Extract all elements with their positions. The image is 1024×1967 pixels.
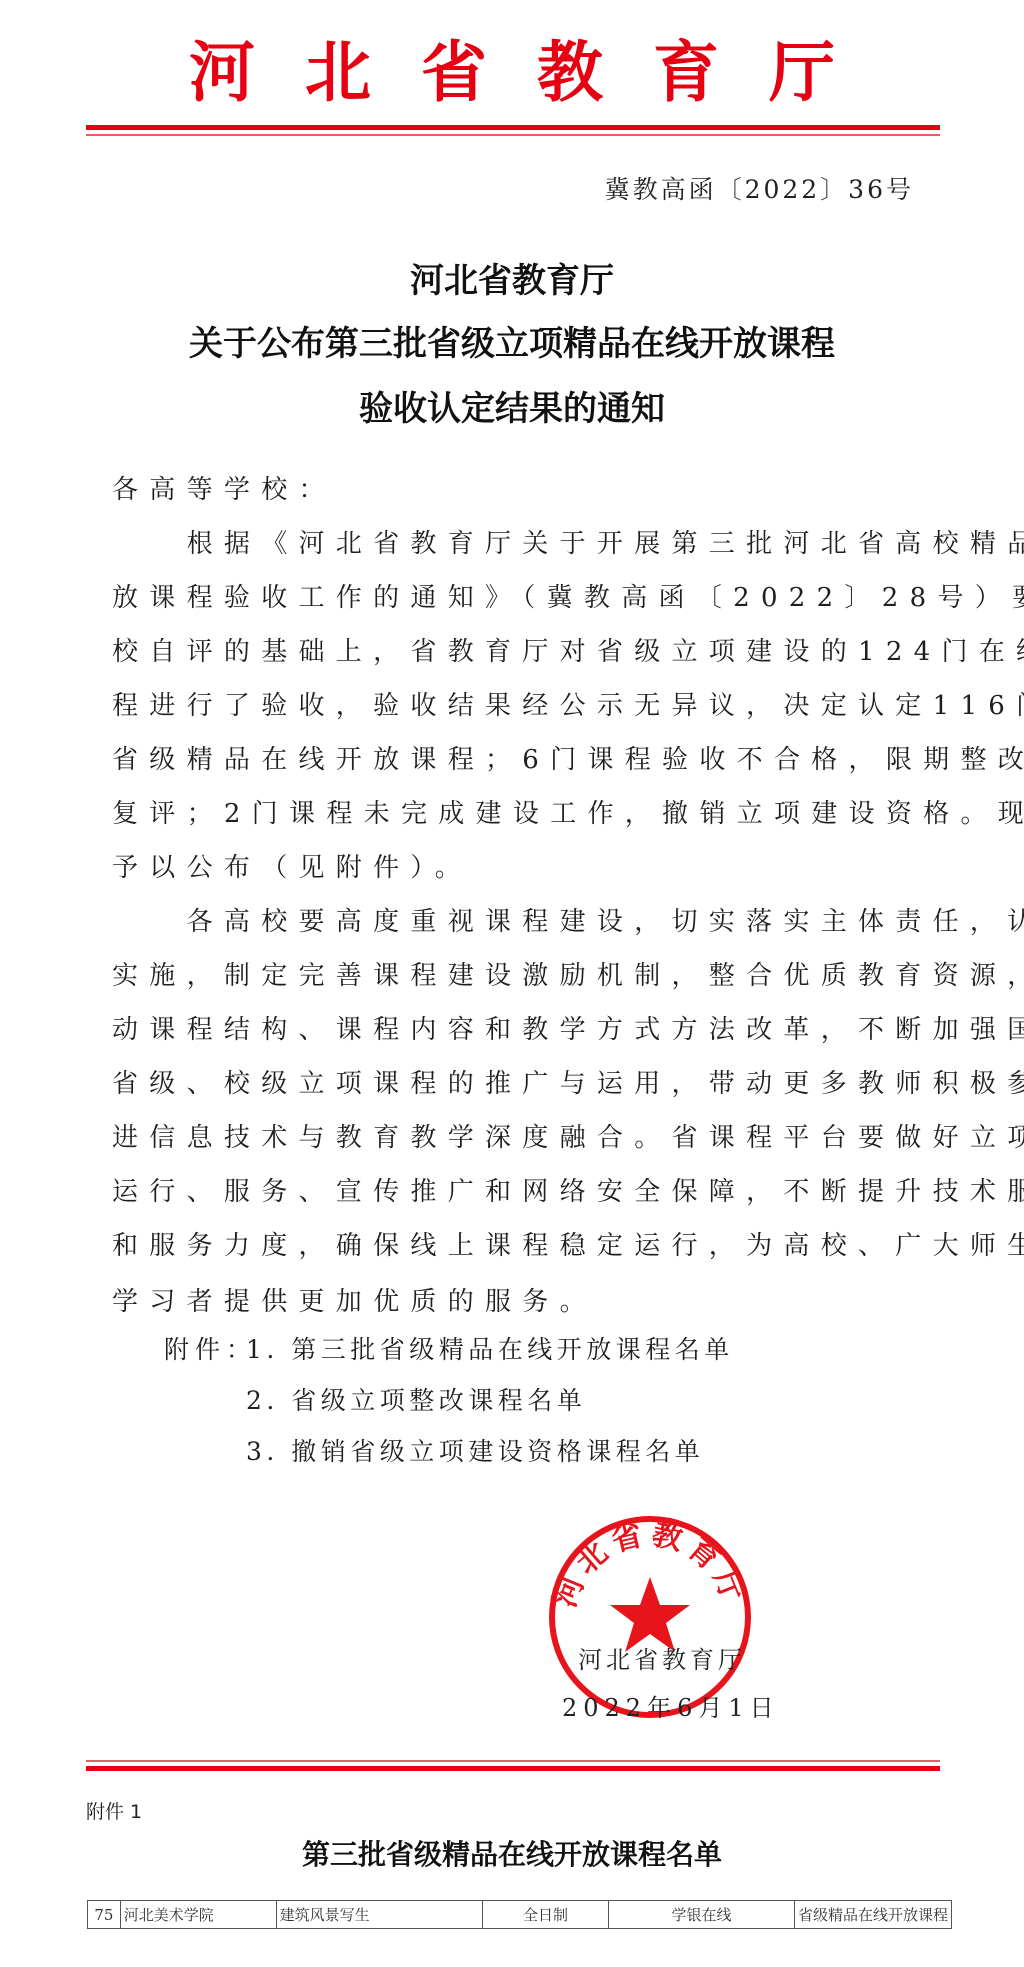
attachment-item-2: 2. 省级立项整改课程名单	[246, 1381, 586, 1421]
cell-result: 省级精品在线开放课程	[794, 1901, 951, 1929]
title-line-1: 河北省教育厅	[0, 253, 1024, 302]
cell-course: 建筑风景写生	[276, 1901, 482, 1929]
cell-school: 河北美术学院	[120, 1901, 276, 1929]
salutation: 各高等学校：	[112, 470, 336, 510]
body-line: 校自评的基础上，省教育厅对省级立项建设的124门在线开放课	[112, 632, 1024, 672]
body-line: 放课程验收工作的通知》（冀教高函〔2022〕28号）要求，在各	[112, 578, 1024, 618]
body-line: 学习者提供更加优质的服务。	[112, 1282, 597, 1322]
masthead-rule-thin	[86, 134, 940, 136]
body-line: 动课程结构、课程内容和教学方式方法改革，不断加强国家级、	[112, 1010, 1024, 1050]
body-line: 实施，制定完善课程建设激励机制，整合优质教育资源，全面推	[112, 956, 1024, 996]
attachment-item-1: 1. 第三批省级精品在线开放课程名单	[246, 1330, 734, 1370]
masthead-org-name: 河北省教育厅	[0, 28, 1024, 118]
body-line: 运行、服务、宣传推广和网络安全保障，不断提升技术服务水平	[112, 1172, 1024, 1212]
cell-mode: 全日制	[482, 1901, 608, 1929]
signature-date: 2022年6月1日	[562, 1688, 780, 1723]
document-number: 冀教高函〔2022〕36号	[605, 170, 914, 206]
body-line: 予以公布（见附件）。	[112, 848, 472, 888]
title-line-2: 关于公布第三批省级立项精品在线开放课程	[0, 316, 1024, 365]
title-line-3: 验收认定结果的通知	[0, 381, 1024, 430]
masthead-rule-thick	[86, 125, 940, 130]
footer-rule-thin	[86, 1760, 940, 1762]
course-table: 75 河北美术学院 建筑风景写生 全日制 学银在线 省级精品在线开放课程	[87, 1900, 952, 1929]
cell-platform: 学银在线	[609, 1901, 795, 1929]
table-row: 75 河北美术学院 建筑风景写生 全日制 学银在线 省级精品在线开放课程	[88, 1901, 952, 1929]
body-line: 进信息技术与教育教学深度融合。省课程平台要做好立项课程的	[112, 1118, 1024, 1158]
body-line: 省级、校级立项课程的推广与运用，带动更多教师积极参与，促	[112, 1064, 1024, 1104]
body-line: 程进行了验收，验收结果经公示无异议，决定认定116门课程为	[112, 686, 1024, 726]
body-line: 省级精品在线开放课程；6门课程验收不合格，限期整改一年后	[112, 740, 1024, 780]
body-line: 复评；2门课程未完成建设工作，撤销立项建设资格。现将名单	[112, 794, 1024, 834]
body-line: 各高校要高度重视课程建设，切实落实主体责任，认真组织	[112, 902, 1024, 942]
attachments-label: 附件：	[164, 1330, 257, 1370]
body-line: 和服务力度，确保线上课程稳定运行，为高校、广大师生和社会	[112, 1226, 1024, 1266]
annex-label: 附件 1	[86, 1797, 142, 1824]
footer-rule-thick	[86, 1766, 940, 1771]
cell-index: 75	[88, 1901, 121, 1929]
signature-org: 河北省教育厅	[578, 1640, 746, 1675]
body-line: 根据《河北省教育厅关于开展第三批河北省高校精品在线开	[112, 524, 1024, 564]
attachment-item-3: 3. 撤销省级立项建设资格课程名单	[246, 1432, 704, 1472]
annex-title: 第三批省级精品在线开放课程名单	[0, 1833, 1024, 1873]
